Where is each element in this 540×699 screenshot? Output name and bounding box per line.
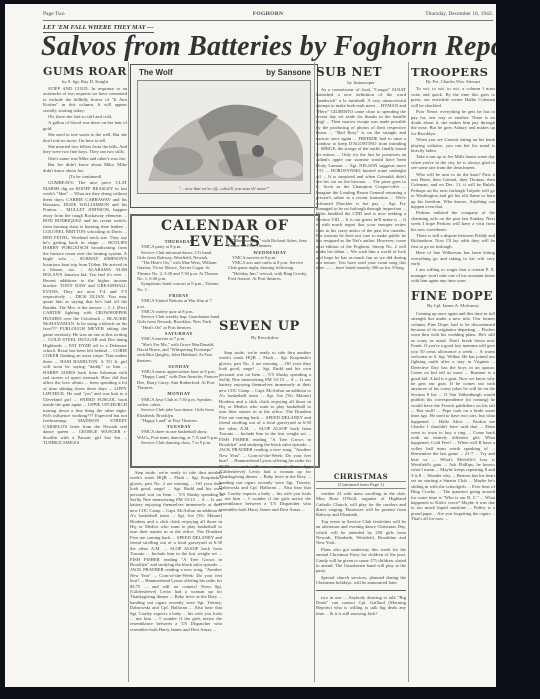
calendar-item: Service Club informal dance, CG band. Gi… bbox=[137, 250, 221, 261]
troopers-paragraph: I am willing to wager that a certain P. … bbox=[411, 267, 495, 283]
calendar-item: "She's For Me," with Grace MacDonald, Da… bbox=[137, 342, 221, 363]
calendar-item: "Happy Land" at Post Theatres. bbox=[137, 418, 221, 423]
christmas-heading: CHRISTMAS bbox=[316, 473, 406, 480]
christmas-paragraph: cember 24 with mass carolling in the clu… bbox=[316, 491, 406, 518]
troopers-paragraph: Take a run up to Joe Mills house some da… bbox=[411, 154, 495, 170]
calendar-item: "The Heat's On," with Mae West, William … bbox=[137, 260, 221, 281]
calendar-item: YMCA three in one basketball show, WACs,… bbox=[137, 429, 221, 440]
gums-roar-byline: by S. Sgt. Ray D. Knight bbox=[43, 79, 127, 84]
fine-dope-text: Coming up once again and this time in fu… bbox=[411, 311, 495, 522]
seven-up-text: Step aside, we're ready to ride thru ano… bbox=[219, 350, 311, 512]
calendar-item: YMCA arts and crafts at 8 p.m. Service C… bbox=[228, 260, 312, 271]
calendar-item: "Heat's On" at Post theatres. bbox=[137, 325, 221, 330]
calendar-item: "Minesweeper," with Richard Arlen, Jean … bbox=[228, 238, 312, 249]
troopers-heading: TROOPERS bbox=[411, 66, 495, 78]
christmas-continued: (Continued from Page 1) bbox=[316, 481, 406, 488]
calendar-item: Service Club dancing class, 7 to 9 p.m. bbox=[137, 440, 221, 445]
calendar-column-1: THURSDAY YMCA party at 8 p.m. Service Cl… bbox=[137, 238, 221, 445]
troopers-paragraph: To wit, to wit, to wit, a column I must … bbox=[411, 86, 495, 108]
fine-dope-heading: FINE DOPE bbox=[411, 290, 495, 303]
column-seven-up-continued: Step aside, we're ready to ride thru ano… bbox=[130, 470, 222, 682]
newspaper-page: Page Two FOGHORN Thursday, December 16, … bbox=[5, 4, 496, 687]
cartoon-illustration: "... now that we're off—what'll you miss… bbox=[137, 80, 311, 194]
calendar-column-2: "Minesweeper," with Richard Arlen, Jean … bbox=[228, 238, 312, 281]
sub-net-byline: by Justasooper bbox=[316, 80, 406, 85]
calendar-item: "Happy Land," with Don Ameche, Frances D… bbox=[137, 374, 221, 390]
calendar-item: Service Club weekly hop. Guardsmen band.… bbox=[137, 314, 221, 325]
column-gums-roar: GUMS ROAR by S. Sgt. Ray D. Knight STIFF… bbox=[43, 66, 127, 681]
issue-date: Thursday, December 16, 1943. bbox=[425, 11, 493, 17]
gums-roar-paragraph: GUMBEATS: The nice piece CLAT MARSH dig … bbox=[43, 180, 127, 445]
gums-roar-verse: She married two fellers from the hills, … bbox=[43, 144, 127, 155]
christmas-paragraph: Top event in Service Club festivities wi… bbox=[316, 519, 406, 546]
cartoon-the-wolf: The Wolf by Sansone "... now that we're … bbox=[130, 64, 318, 208]
calendar-item: YMCA United Nations at War film at 7 p.m… bbox=[137, 298, 221, 309]
wolf-cartoon-icon bbox=[138, 81, 310, 193]
calendar-item: Symphonic band concert at 9 p.m., Theatr… bbox=[137, 281, 221, 292]
gums-roar-verse: Oh, there she laid so stiff and cold, bbox=[43, 114, 127, 119]
gums-roar-paragraph: STIFF AND COLD: In response to an avalan… bbox=[43, 86, 127, 113]
column-troopers: TROOPERS By Pvt. Charles Wm. Stewart To … bbox=[411, 66, 495, 681]
troopers-paragraph: Who will be next to tie the knot? First … bbox=[411, 172, 495, 210]
column-rule bbox=[408, 62, 409, 682]
seven-up-byline: By Rowdydow bbox=[219, 335, 311, 340]
column-seven-up-body: Step aside, we're ready to ride thru ano… bbox=[219, 350, 311, 682]
calendar-item: Service Club juke box dance. Girls from … bbox=[137, 407, 221, 418]
christmas-paragraph: Plans also got underway this week for th… bbox=[316, 547, 406, 574]
christmas-paragraph: Special church services, planned during … bbox=[316, 575, 406, 586]
troopers-paragraph: When you see Garnett sitting on his bunk… bbox=[411, 137, 495, 153]
troopers-paragraph: Poor Nerse, everything he gets he has to… bbox=[411, 109, 495, 136]
troopers-byline: By Pvt. Charles Wm. Stewart bbox=[411, 79, 495, 84]
sub-net-heading: SUB NET bbox=[316, 66, 406, 79]
calendar-item: YMCA Java Club at 7:30 p.m. Speaker, cof… bbox=[137, 397, 221, 408]
gums-roar-verse: One's name was Mike and other's was Joe. bbox=[43, 156, 127, 161]
troopers-paragraph: There is still a dispute between Priddy … bbox=[411, 233, 495, 249]
seven-up-heading: SEVEN UP bbox=[219, 320, 311, 334]
christmas-after-text: two in one ... Anybody desiring to talk … bbox=[316, 595, 406, 617]
sub-net-text: As a connoisseur of food, "Cougar" SUSAT… bbox=[316, 87, 406, 467]
page-headline: Salvos from Batteries by Foghorn Reporte… bbox=[41, 32, 493, 62]
troopers-paragraph: Perkins enlisted the company of the char… bbox=[411, 210, 495, 232]
column-rule bbox=[128, 62, 129, 682]
cartoon-title: The Wolf bbox=[139, 68, 173, 77]
section-rule bbox=[316, 590, 406, 591]
troopers-paragraph: Here of late Wilkerson has been letting … bbox=[411, 250, 495, 266]
gums-roar-heading: GUMS ROAR bbox=[43, 66, 127, 78]
seven-up-text: Step aside, we're ready to ride thru ano… bbox=[130, 470, 222, 632]
gums-roar-verse: She used to tote water to the well, But … bbox=[43, 132, 127, 143]
column-rule bbox=[314, 62, 315, 682]
cartoon-caption: "... now that we're off—what'll you miss… bbox=[138, 186, 310, 191]
fine-dope-byline: By Cpl. James A. Mulvaney bbox=[411, 303, 495, 308]
gums-roar-verse: But Joe didn't know about Mike, Mike did… bbox=[43, 162, 127, 173]
calendar-item: "Holiday Inn," revival, with Bing Crosby… bbox=[228, 271, 312, 282]
gums-roar-verse: A gallon of blood was there on her hair … bbox=[43, 120, 127, 131]
masthead: Page Two FOGHORN Thursday, December 16, … bbox=[43, 10, 493, 21]
column-sub-net: SUB NET by Justasooper As a connoisseur … bbox=[316, 66, 406, 681]
cartoon-artist: by Sansone bbox=[266, 68, 311, 77]
gums-roar-continued: (To be continued) bbox=[43, 174, 127, 179]
